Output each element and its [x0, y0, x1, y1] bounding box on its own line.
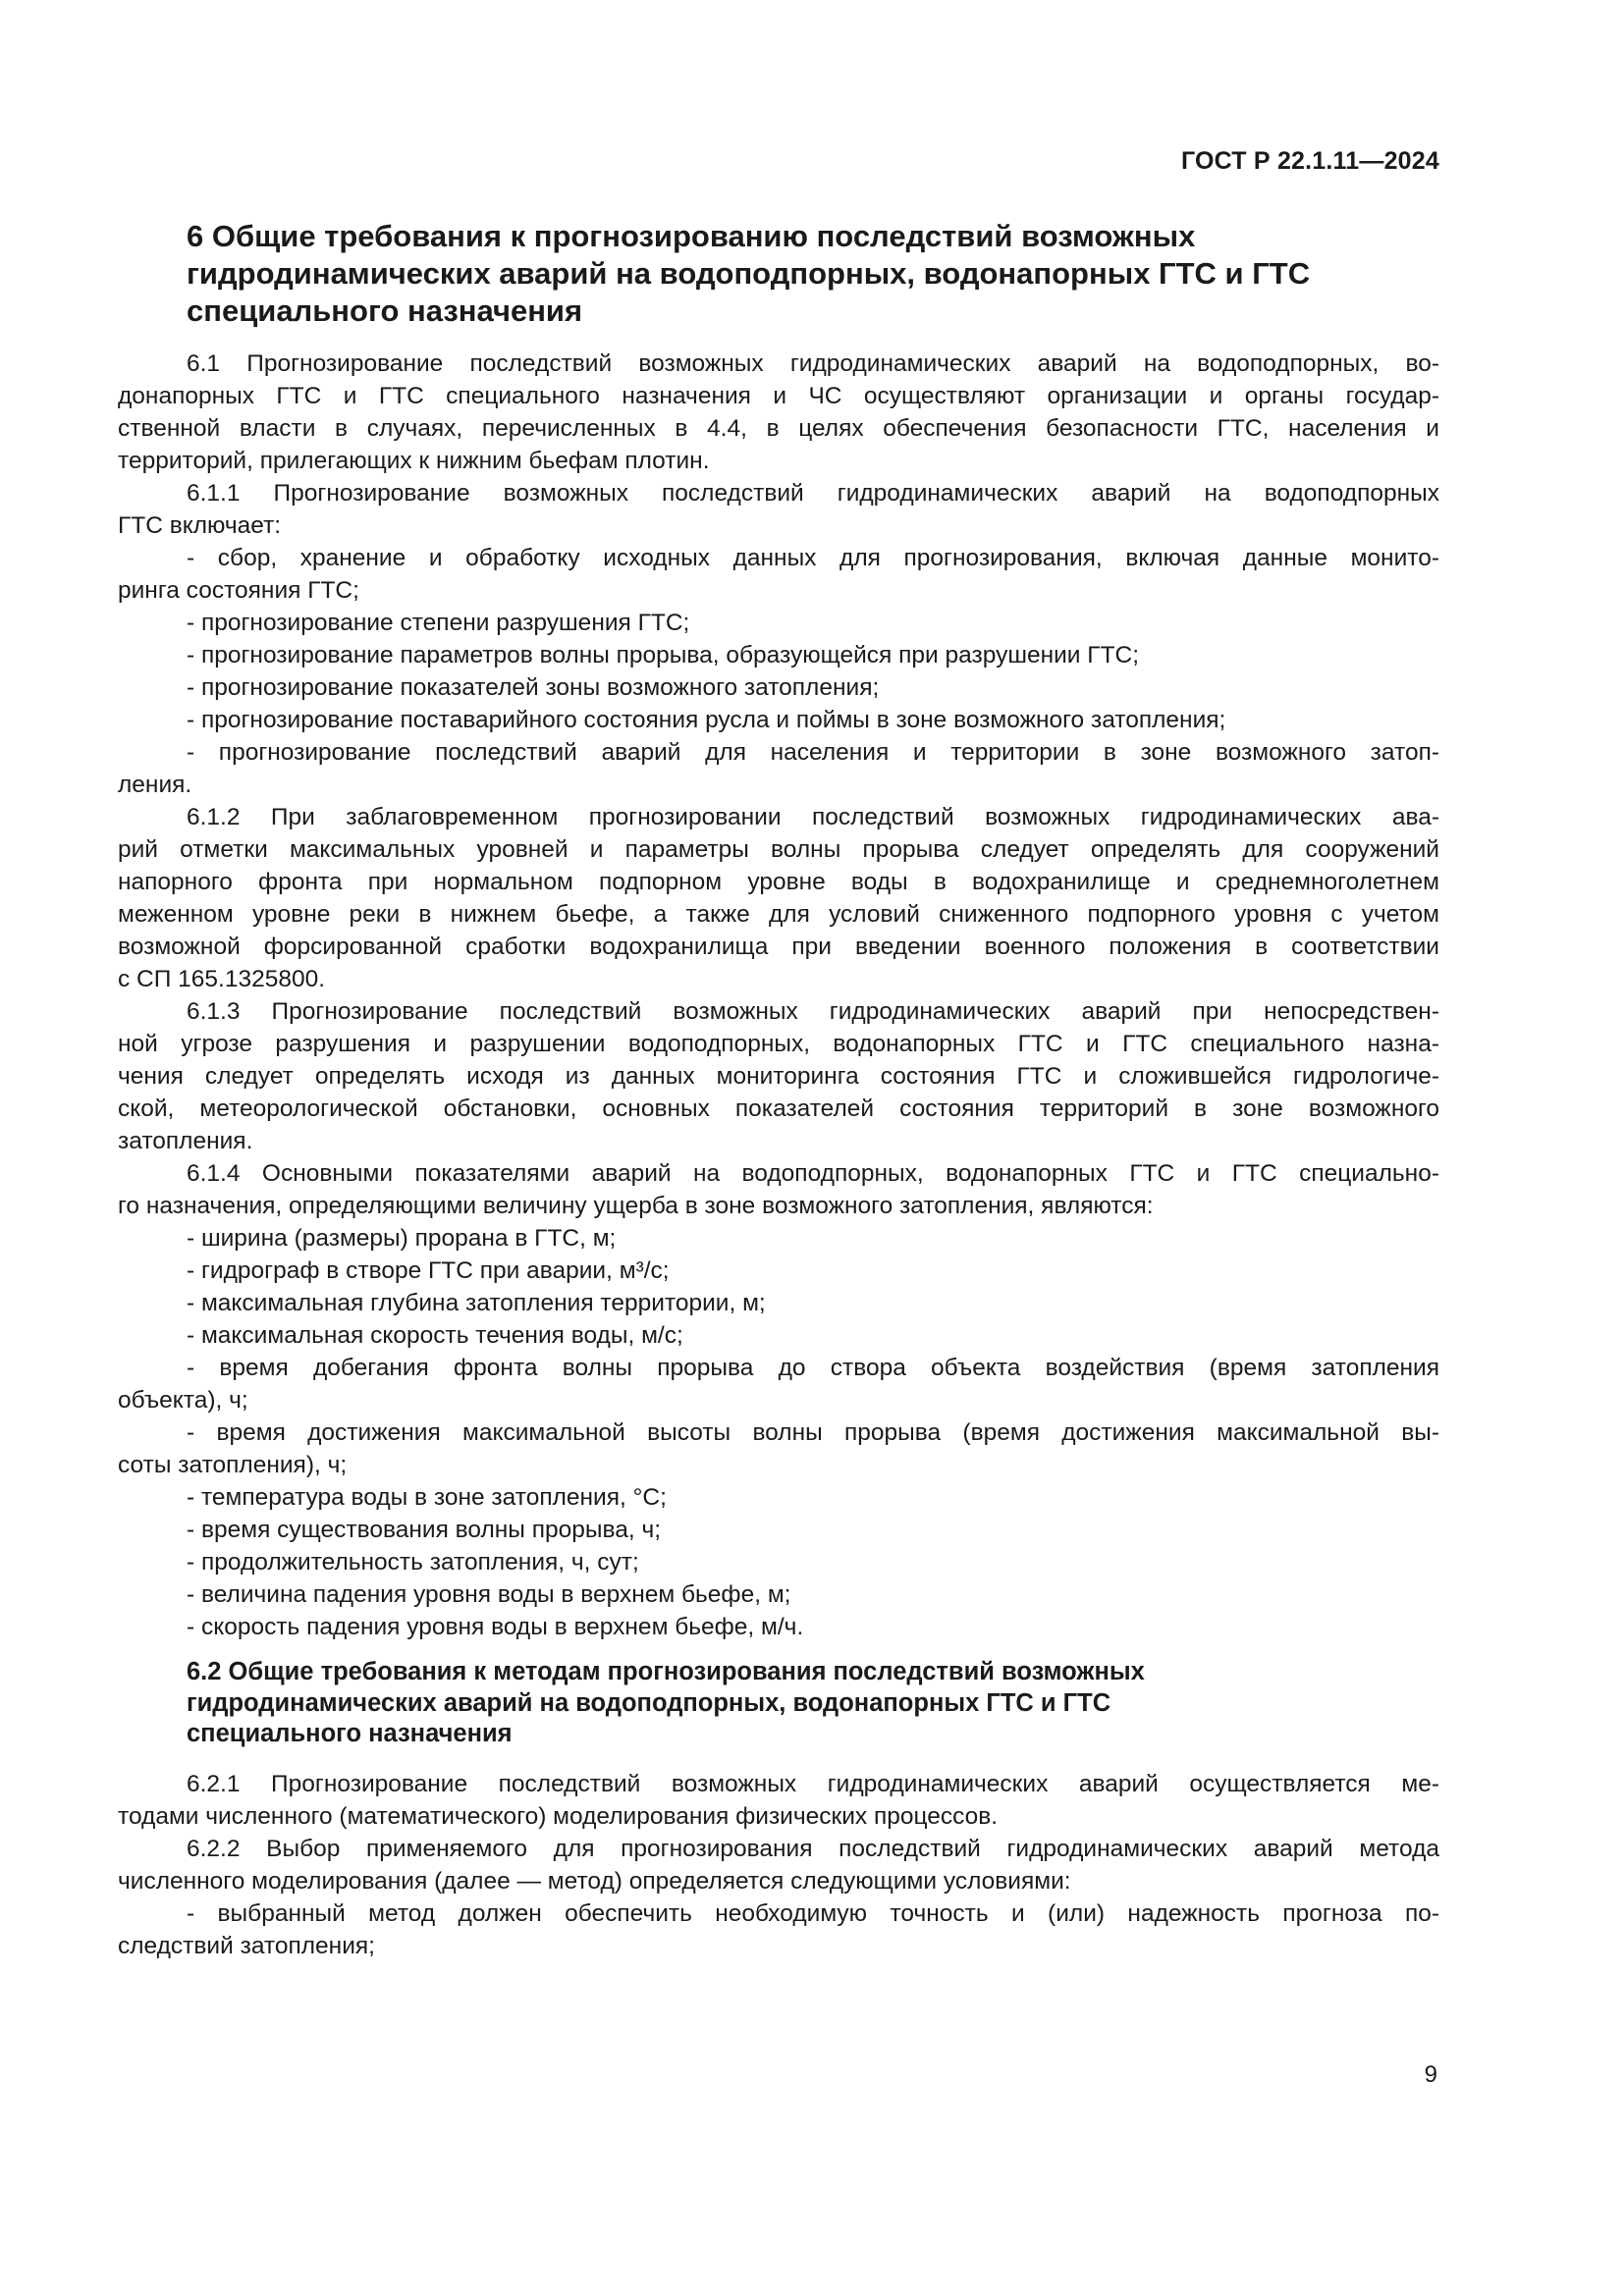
- text-line: 6.1.4 Основными показателями аварий на в…: [118, 1157, 1439, 1190]
- text-line: рий отметки максимальных уровней и парам…: [118, 833, 1439, 866]
- paragraph-p6_1_4_b1: - ширина (размеры) прорана в ГТС, м;: [118, 1222, 1439, 1255]
- section-6-2-paragraphs: 6.2.1 Прогнозирование последствий возмож…: [118, 1768, 1439, 1962]
- paragraph-p6_1_4_b7: - температура воды в зоне затопления, °С…: [118, 1481, 1439, 1514]
- heading-line: специального назначения: [187, 293, 1439, 330]
- paragraph-p6_1_3: 6.1.3 Прогнозирование последствий возмож…: [118, 995, 1439, 1157]
- section-6-heading: 6 Общие требования к прогнозированию пос…: [187, 218, 1439, 330]
- text-line: - температура воды в зоне затопления, °С…: [118, 1481, 1439, 1514]
- text-line: донапорных ГТС и ГТС специального назнач…: [118, 380, 1439, 412]
- text-line: территорий, прилегающих к нижним бьефам …: [118, 445, 1439, 477]
- text-line: объекта), ч;: [118, 1384, 1439, 1416]
- text-line: - время достижения максимальной высоты в…: [118, 1416, 1439, 1449]
- text-line: - величина падения уровня воды в верхнем…: [118, 1578, 1439, 1611]
- text-line: - прогнозирование поставарийного состоян…: [118, 704, 1439, 736]
- text-line: - время добегания фронта волны прорыва д…: [118, 1352, 1439, 1384]
- paragraph-p6_1_4_b6: - время достижения максимальной высоты в…: [118, 1416, 1439, 1481]
- text-line: ной угрозе разрушения и разрушении водоп…: [118, 1028, 1439, 1060]
- paragraph-p6_1_4_b11: - скорость падения уровня воды в верхнем…: [118, 1611, 1439, 1643]
- heading-line: гидродинамических аварий на водоподпорны…: [187, 255, 1439, 293]
- paragraph-p6_1_1_b3: - прогнозирование параметров волны проры…: [118, 639, 1439, 671]
- text-line: 6.2.1 Прогнозирование последствий возмож…: [118, 1768, 1439, 1800]
- paragraph-p6_1_4_b9: - продолжительность затопления, ч, сут;: [118, 1546, 1439, 1578]
- paragraph-p6_1_2: 6.1.2 При заблаговременном прогнозирован…: [118, 801, 1439, 995]
- text-line: - продолжительность затопления, ч, сут;: [118, 1546, 1439, 1578]
- heading-line: 6 Общие требования к прогнозированию пос…: [187, 218, 1439, 255]
- text-line: - сбор, хранение и обработку исходных да…: [118, 542, 1439, 574]
- text-line: ринга состояния ГТС;: [118, 574, 1439, 607]
- text-line: 6.1.3 Прогнозирование последствий возмож…: [118, 995, 1439, 1028]
- paragraph-p6_1_4_b3: - максимальная глубина затопления террит…: [118, 1287, 1439, 1319]
- document-code-header: ГОСТ Р 22.1.11—2024: [1181, 147, 1439, 176]
- paragraph-p6_2_1: 6.2.1 Прогнозирование последствий возмож…: [118, 1768, 1439, 1833]
- text-line: меженном уровне реки в нижнем бьефе, а т…: [118, 898, 1439, 931]
- text-line: - время существования волны прорыва, ч;: [118, 1514, 1439, 1546]
- text-line: - прогнозирование последствий аварий для…: [118, 736, 1439, 769]
- text-line: го назначения, определяющими величину ущ…: [118, 1190, 1439, 1222]
- paragraph-p6_1_4: 6.1.4 Основными показателями аварий на в…: [118, 1157, 1439, 1222]
- text-line: - прогнозирование показателей зоны возмо…: [118, 671, 1439, 704]
- section-6-1-paragraphs: 6.1 Прогнозирование последствий возможны…: [118, 347, 1439, 1643]
- text-line: 6.1.2 При заблаговременном прогнозирован…: [118, 801, 1439, 833]
- paragraph-p6_1_1_b1: - сбор, хранение и обработку исходных да…: [118, 542, 1439, 607]
- document-body: 6 Общие требования к прогнозированию пос…: [118, 218, 1439, 1962]
- text-line: ственной власти в случаях, перечисленных…: [118, 412, 1439, 445]
- text-line: - прогнозирование параметров волны проры…: [118, 639, 1439, 671]
- paragraph-p6_1_4_b8: - время существования волны прорыва, ч;: [118, 1514, 1439, 1546]
- page-number: 9: [1425, 2061, 1437, 2089]
- paragraph-p6_2_2: 6.2.2 Выбор применяемого для прогнозиров…: [118, 1833, 1439, 1897]
- text-line: ления.: [118, 769, 1439, 801]
- text-line: 6.1 Прогнозирование последствий возможны…: [118, 347, 1439, 380]
- paragraph-p6_1_4_b5: - время добегания фронта волны прорыва д…: [118, 1352, 1439, 1416]
- text-line: ской, метеорологической обстановки, осно…: [118, 1093, 1439, 1125]
- text-line: 6.2.2 Выбор применяемого для прогнозиров…: [118, 1833, 1439, 1865]
- section-6-2-heading: 6.2 Общие требования к методам прогнозир…: [187, 1657, 1439, 1750]
- text-line: соты затопления), ч;: [118, 1449, 1439, 1481]
- text-line: - скорость падения уровня воды в верхнем…: [118, 1611, 1439, 1643]
- paragraph-p6_1_4_b10: - величина падения уровня воды в верхнем…: [118, 1578, 1439, 1611]
- text-line: - максимальная скорость течения воды, м/…: [118, 1319, 1439, 1352]
- paragraph-p6_1_1_b4: - прогнозирование показателей зоны возмо…: [118, 671, 1439, 704]
- paragraph-p6_1_1_b2: - прогнозирование степени разрушения ГТС…: [118, 607, 1439, 639]
- text-line: возможной форсированной сработки водохра…: [118, 931, 1439, 963]
- text-line: - выбранный метод должен обеспечить необ…: [118, 1897, 1439, 1930]
- paragraph-p6_1_4_b2: - гидрограф в створе ГТС при аварии, м³/…: [118, 1255, 1439, 1287]
- paragraph-p6_1: 6.1 Прогнозирование последствий возможны…: [118, 347, 1439, 477]
- paragraph-p6_2_2_b1: - выбранный метод должен обеспечить необ…: [118, 1897, 1439, 1962]
- text-line: чения следует определять исходя из данны…: [118, 1060, 1439, 1093]
- paragraph-p6_1_1_b6: - прогнозирование последствий аварий для…: [118, 736, 1439, 801]
- text-line: - прогнозирование степени разрушения ГТС…: [118, 607, 1439, 639]
- heading-line: 6.2 Общие требования к методам прогнозир…: [187, 1657, 1439, 1688]
- text-line: ГТС включает:: [118, 509, 1439, 542]
- paragraph-p6_1_1_b5: - прогнозирование поставарийного состоян…: [118, 704, 1439, 736]
- text-line: напорного фронта при нормальном подпорно…: [118, 866, 1439, 898]
- heading-line: специального назначения: [187, 1719, 1439, 1750]
- heading-line: гидродинамических аварий на водоподпорны…: [187, 1688, 1439, 1720]
- text-line: - гидрограф в створе ГТС при аварии, м³/…: [118, 1255, 1439, 1287]
- text-line: 6.1.1 Прогнозирование возможных последст…: [118, 477, 1439, 509]
- text-line: затопления.: [118, 1125, 1439, 1157]
- text-line: - максимальная глубина затопления террит…: [118, 1287, 1439, 1319]
- text-line: с СП 165.1325800.: [118, 963, 1439, 995]
- text-line: следствий затопления;: [118, 1930, 1439, 1962]
- text-line: численного моделирования (далее — метод)…: [118, 1865, 1439, 1897]
- text-line: тодами численного (математического) моде…: [118, 1800, 1439, 1833]
- paragraph-p6_1_1: 6.1.1 Прогнозирование возможных последст…: [118, 477, 1439, 542]
- text-line: - ширина (размеры) прорана в ГТС, м;: [118, 1222, 1439, 1255]
- paragraph-p6_1_4_b4: - максимальная скорость течения воды, м/…: [118, 1319, 1439, 1352]
